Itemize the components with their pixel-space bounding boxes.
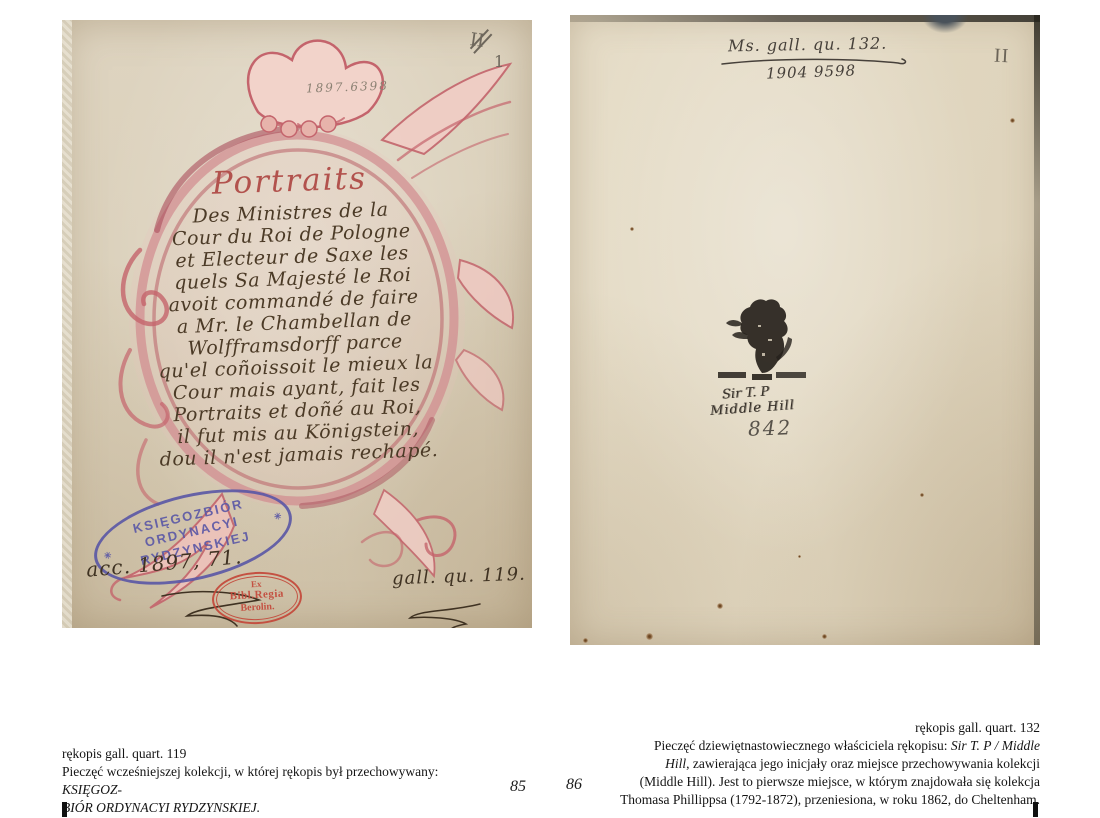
foxing-spot [646,633,653,640]
red-stamp-line: Berolin. [214,600,300,615]
shelfmark-header-note: Ms. gall. qu. 132. [728,34,888,56]
page-fore-edge-shadow [1034,15,1040,645]
plate-left-manuscript-title-page: 1897.6398 II 1 Portraits Des Ministres d… [62,20,532,628]
foxing-spot [920,493,924,497]
book-spread-page: 1897.6398 II 1 Portraits Des Ministres d… [0,0,1100,818]
foxing-spot [583,638,588,643]
foliation-number-mark: 1 [494,52,504,71]
caption-body-line: Hill, zawierająca jego inicjały oraz mie… [558,755,1040,773]
print-registration-mark [62,802,67,817]
caption-stamp-name-continued: Hill [665,756,686,771]
phillipps-lion-crest-stamp [712,295,816,389]
caption-collection-name: KSIĘGOZ- [62,782,122,797]
page-number-85: 85 [510,778,526,796]
print-registration-mark [1033,802,1038,817]
caption-text-segment: Pieczęć wcześniejszej kolekcji, w której… [62,764,438,779]
red-stamp-line: Bibl.Regia [214,587,301,604]
caption-body-line: Pieczęć dziewiętnastowiecznego właścicie… [558,737,1040,755]
foxing-spot [630,227,634,231]
caption-right-plate: rękopis gall. quart. 132 Pieczęć dziewię… [558,719,1040,809]
plate-right-flyleaf: Ms. gall. qu. 132. 1904 9598 II Sir T. P… [570,15,1040,645]
page-top-edge-shadow [570,15,1040,22]
foxing-spot [1010,118,1015,123]
accession-number-note: 1904 9598 [766,61,857,82]
manuscript-title-text: Portraits Des Ministres de la Cour du Ro… [129,155,459,472]
foliation-roman-numeral-mark: II [993,45,1010,69]
foxing-spot [798,555,801,558]
page-number-86: 86 [566,776,582,794]
caption-text-segment: , zawierająca jego inicjały oraz miejsce… [686,756,1040,771]
crossed-out-foliation-mark: II [469,29,486,52]
caption-body-line: (Middle Hill). Jest to pierwsze miejsce,… [558,773,1040,791]
foxing-spot [822,634,827,639]
pen-flourish [404,598,488,628]
caption-shelfmark: rękopis gall. quart. 119 [62,745,452,763]
caption-body-line: Thomasa Phillippsa (1792-1872), przenies… [558,791,1040,809]
caption-stamp-name: Sir T. P / Middle [951,738,1040,753]
caption-shelfmark: rękopis gall. quart. 132 [558,719,1040,737]
caption-collection-name-continued: BIÓR ORDYNACYI RYDZYNSKIEJ. [62,799,452,817]
red-stamp-line: Ex [213,577,299,591]
caption-left-plate: rękopis gall. quart. 119 Pieczęć wcześni… [62,745,452,817]
stamp-collection-number: 842 [748,415,793,441]
page-top-edge-stain [922,15,968,33]
pencil-accession-note: 1897.6398 [306,79,389,96]
foxing-spot [717,603,723,609]
caption-body-line: Pieczęć wcześniejszej kolekcji, w której… [62,763,452,799]
caption-text-segment: Pieczęć dziewiętnastowiecznego właścicie… [654,738,951,753]
